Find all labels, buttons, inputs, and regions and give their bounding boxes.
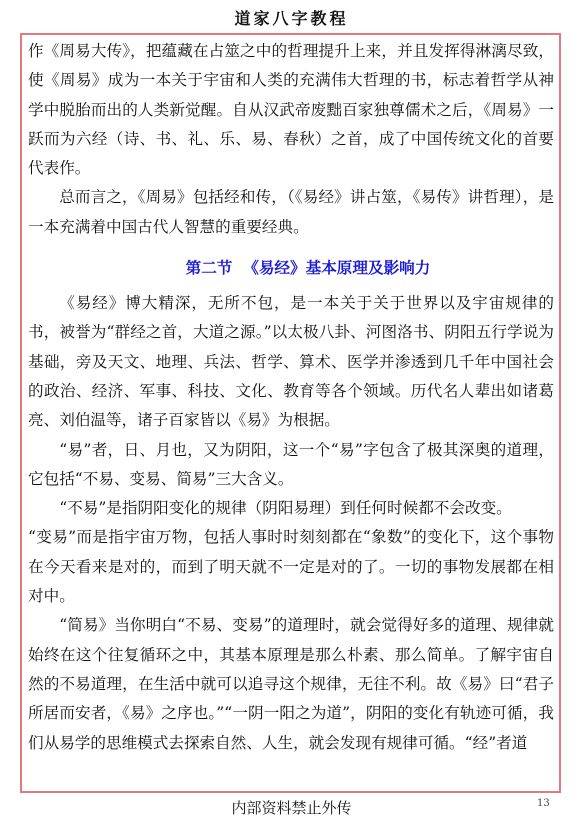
document-body: 作《周易大传》，把蕴藏在占筮之中的哲理提升上来，并且发挥得淋漓尽致，使《周易》成… [28,37,554,758]
page-number: 13 [537,797,550,811]
paragraph-yijing-intro: 《易经》博大精深，无所不包，是一本关于关于世界以及宇宙规律的书，被誉为“群经之首… [28,289,554,435]
paragraph-summary: 总而言之，《周易》包括经和传，（《易经》讲占筮，《易传》讲哲理），是一本充满着中… [28,183,554,242]
page-footer: 内部资料禁止外传 [0,797,583,819]
section-heading: 第二节 《易经》基本原理及影响力 [28,256,554,280]
content-frame: 作《周易大传》，把蕴藏在占筮之中的哲理提升上来，并且发挥得淋漓尽致，使《周易》成… [20,33,561,793]
paragraph-buyi: “不易”是指阴阳变化的规律（阴阳易理）到任何时候都不会改变。 [28,494,554,523]
paragraph-jianyi: “简易》当你明白“不易、变易”的道理时，就会觉得好多的道理、规律就始终在这个往复… [28,611,554,757]
paragraph-bianyi: “变易”而是指宇宙万物，包括人事时时刻刻都在“象数”的变化下，这个事物在今天看来… [28,523,554,611]
page-header-title: 道家八字教程 [0,8,583,30]
paragraph-zhouyi-dazhuan: 作《周易大传》，把蕴藏在占筮之中的哲理提升上来，并且发挥得淋漓尽致，使《周易》成… [28,37,554,183]
paragraph-yi-meaning: “易”者，日、月也，又为阴阳，这一个“易”字包含了极其深奥的道理，它包括“不易、… [28,436,554,495]
